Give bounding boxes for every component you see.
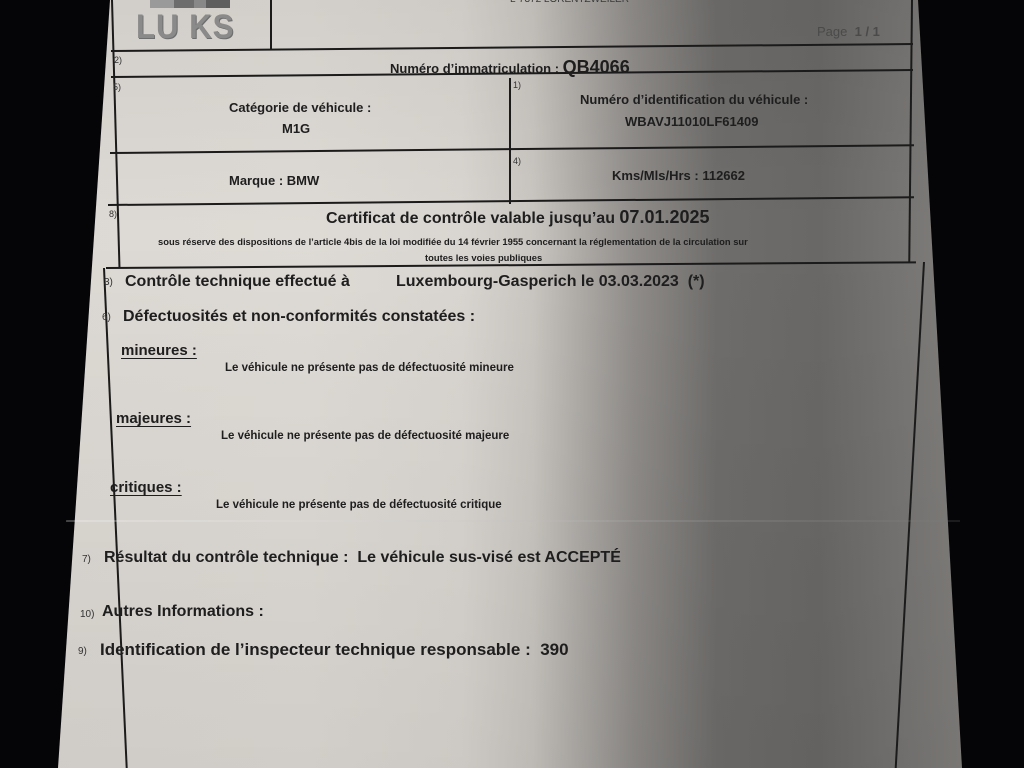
page-value: 1 / 1	[855, 24, 880, 39]
validity-field: Certificat de contrôle valable jusqu’au …	[326, 207, 710, 228]
validity-date: 07.01.2025	[619, 207, 709, 227]
field-ref: 6)	[102, 312, 111, 323]
inspection-label: Contrôle technique effectué à	[125, 273, 350, 291]
rule	[110, 144, 914, 154]
vin-value: WBAVJ11010LF61409	[625, 114, 758, 129]
minor-defects-label: mineures :	[121, 342, 197, 359]
brand-value: BMW	[287, 173, 320, 188]
result-value: Le véhicule sus-visé est ACCEPTÉ	[357, 549, 621, 566]
mileage-field: Kms/Mls/Hrs : 112662	[612, 168, 745, 183]
major-defects-text: Le véhicule ne présente pas de défectuos…	[221, 430, 509, 442]
form-right-border	[908, 0, 913, 262]
inspector-value: 390	[540, 640, 568, 659]
result-field: Résultat du contrôle technique : Le véhi…	[104, 549, 621, 567]
registration-value: QB4066	[563, 57, 630, 77]
field-ref: 4)	[513, 156, 521, 166]
paper-fold	[60, 520, 960, 522]
inspection-place-date: Luxembourg-Gasperich le 03.03.2023 (*)	[396, 273, 705, 291]
company-logo: LU KS	[136, 8, 234, 47]
column-divider	[509, 78, 511, 204]
header-divider	[270, 0, 272, 50]
mileage-label: Kms/Mls/Hrs :	[612, 168, 699, 183]
field-ref: 8)	[109, 209, 117, 219]
vin-label: Numéro d’identification du véhicule :	[580, 92, 808, 107]
field-ref: 3)	[104, 277, 113, 288]
brand-label: Marque :	[229, 173, 283, 188]
defects-title: Défectuosités et non-conformités constat…	[123, 308, 475, 326]
logo-building-icon	[150, 0, 230, 8]
field-ref: 2)	[114, 55, 122, 65]
brand-field: Marque : BMW	[229, 173, 319, 188]
field-ref: 10)	[80, 609, 94, 620]
category-value: M1G	[282, 121, 310, 136]
page-indicator: Page 1 / 1	[817, 24, 880, 39]
major-defects-label: majeures :	[116, 410, 191, 427]
validity-note-line2: toutes les voies publiques	[425, 252, 542, 263]
field-ref: 1)	[513, 80, 521, 90]
validity-note-line1: sous réserve des dispositions de l’artic…	[158, 236, 748, 247]
field-ref: 5)	[113, 82, 121, 92]
form-right-border-lower	[895, 262, 925, 768]
critical-defects-label: critiques :	[110, 479, 182, 496]
inspector-label: Identification de l’inspecteur technique…	[100, 640, 531, 659]
inspection-place-date-value: Luxembourg-Gasperich le 03.03.2023	[396, 273, 679, 290]
form-left-border	[111, 0, 120, 268]
registration-label: Numéro d’immatriculation :	[390, 61, 559, 76]
inspection-mark: (*)	[688, 273, 705, 290]
critical-defects-text: Le véhicule ne présente pas de défectuos…	[216, 499, 502, 511]
mileage-value: 112662	[702, 168, 745, 183]
field-ref: 7)	[82, 554, 91, 565]
minor-defects-text: Le véhicule ne présente pas de défectuos…	[225, 362, 514, 374]
result-label: Résultat du contrôle technique :	[104, 549, 348, 566]
category-label: Catégorie de véhicule :	[229, 100, 371, 115]
page-label: Page	[817, 24, 847, 39]
other-info-label: Autres Informations :	[102, 603, 264, 621]
company-address: L-7372 LORENTZWEILER	[510, 0, 629, 5]
registration-field: Numéro d’immatriculation : QB4066	[390, 57, 630, 78]
field-ref: 9)	[78, 646, 87, 657]
validity-label: Certificat de contrôle valable jusqu’au	[326, 210, 615, 227]
inspector-field: Identification de l’inspecteur technique…	[100, 640, 569, 660]
